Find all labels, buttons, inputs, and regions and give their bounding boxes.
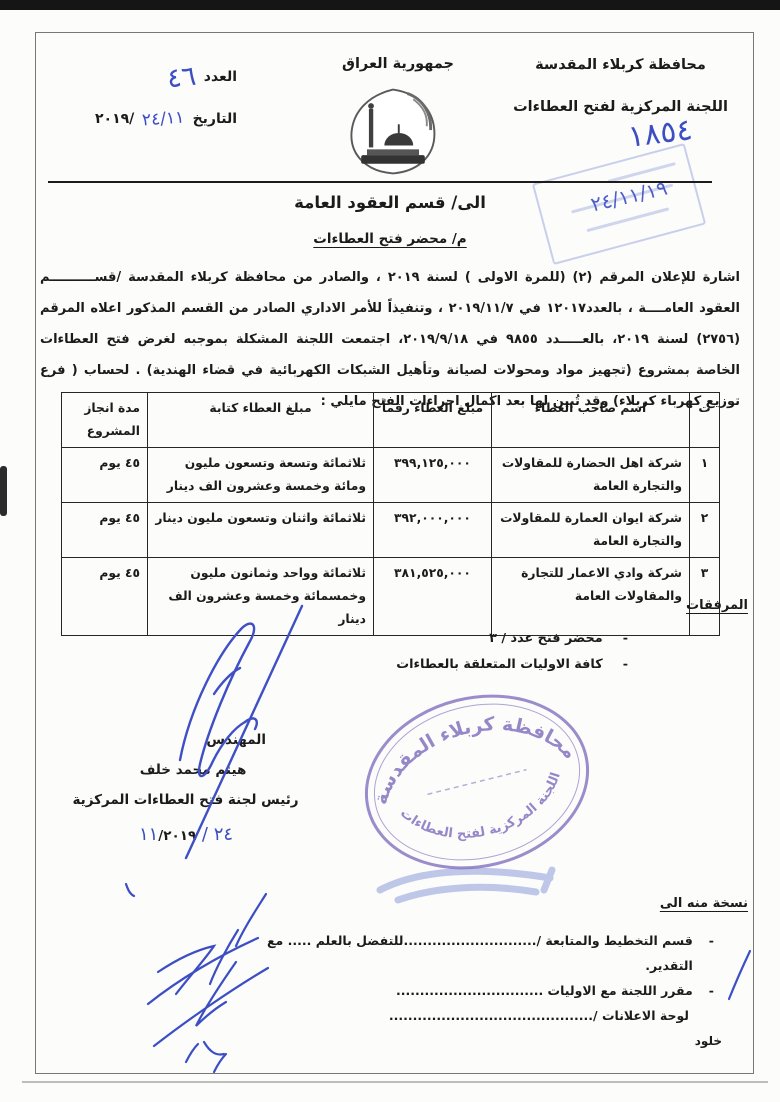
list-item: - مقرر اللجنة مع الاوليات ..............… [244, 978, 714, 1003]
handwritten-date-part: ٢٤/١١ [142, 108, 186, 131]
list-item: - قسم التخطيط والمتابعة /...............… [244, 928, 714, 978]
cell-owner: شركة وادي الاعمار للتجارة والمقاولات الع… [492, 558, 690, 636]
typist-name: خلود [695, 1034, 722, 1048]
list-item: - محضر فتح عدد / ٣ [396, 626, 628, 652]
cell-amount-figures: ٣٩٢,٠٠٠,٠٠٠ [374, 503, 492, 558]
date-row: التاريخ ٢٤/١١ /٢٠١٩ [52, 98, 237, 140]
list-dash: - [623, 626, 628, 652]
scan-smudge [0, 466, 7, 516]
table-row: ٣ شركة وادي الاعمار للتجارة والمقاولات ا… [62, 558, 720, 636]
cell-owner: شركة اهل الحضارة للمقاولات والتجارة العا… [492, 448, 690, 503]
org-committee: اللجنة المركزية لفتح العطاءات [513, 86, 728, 128]
list-item: - كافة الاوليات المتعلقة بالعطاءات [396, 652, 628, 678]
list-dash: - [709, 928, 714, 978]
list-dash-spacer [705, 1003, 714, 1028]
cell-duration: ٤٥ يوم [62, 558, 148, 636]
scanned-official-letter: محافظة كربلاء المقدسة اللجنة المركزية لف… [0, 0, 780, 1102]
cell-amount-words: ثلاثمائة وتسعة وتسعون مليون ومائة وخمسة … [148, 448, 374, 503]
signature-date: ٢٤ / ١١/٢٠١٩ [96, 824, 276, 845]
addressee-line: الى/ قسم العقود العامة [0, 193, 780, 212]
list-dash: - [709, 978, 714, 1003]
country-title: جمهورية العراق [318, 56, 478, 72]
cell-amount-figures: ٣٨١,٥٢٥,٠٠٠ [374, 558, 492, 636]
signatory-name: هيثم محمد خلف [118, 762, 268, 778]
list-dash: - [623, 652, 628, 678]
col-header-duration: مدة انجاز المشروع [62, 393, 148, 448]
org-name: محافظة كربلاء المقدسة [513, 44, 728, 86]
cell-owner: شركة ايوان العمارة للمقاولات والتجارة ال… [492, 503, 690, 558]
col-header-owner: اسم صاحب العطاء [492, 393, 690, 448]
header-divider [48, 181, 712, 183]
cell-amount-words: ثلاثمائة واثنان وتسعون مليون دينار [148, 503, 374, 558]
printed-date-year: /٢٠١٩ [95, 111, 134, 127]
handwritten-issue-number: ٤٦ [165, 60, 197, 94]
cell-no: ٣ [690, 558, 720, 636]
cell-amount-words: ثلاثمائة وواحد وثمانون مليون وخمسمائة وخ… [148, 558, 374, 636]
date-label: التاريخ [193, 111, 237, 127]
cell-no: ٢ [690, 503, 720, 558]
attachments-list: - محضر فتح عدد / ٣ - كافة الاوليات المتع… [396, 626, 628, 678]
issue-number-row: العدد ٤٦ [52, 56, 237, 98]
signatory-role: رئيس لجنة فتح العطاءات المركزية [58, 792, 313, 808]
cell-amount-figures: ٣٩٩,١٢٥,٠٠٠ [374, 448, 492, 503]
handwritten-check-mark [726, 948, 752, 1002]
issue-label: العدد [204, 69, 237, 85]
bids-table: ت اسم صاحب العطاء مبلغ العطاء رقماً مبلغ… [61, 392, 720, 636]
copy-to-list: - قسم التخطيط والمتابعة /...............… [244, 928, 714, 1028]
subject-line: م/ محضر فتح العطاءات [0, 231, 780, 247]
table-row: ١ شركة اهل الحضارة للمقاولات والتجارة ال… [62, 448, 720, 503]
col-header-amount-figures: مبلغ العطاء رقماً [374, 393, 492, 448]
cell-duration: ٤٥ يوم [62, 448, 148, 503]
issue-and-date-block: العدد ٤٦ التاريخ ٢٤/١١ /٢٠١٩ [52, 56, 237, 140]
signatory-title: المهندس [186, 732, 266, 748]
col-header-amount-words: مبلغ العطاء كتابة [148, 393, 374, 448]
scan-edge-bar [0, 0, 780, 10]
karbala-shrine-emblem-icon [340, 84, 446, 180]
scan-bottom-line [22, 1081, 768, 1083]
table-header-row: ت اسم صاحب العطاء مبلغ العطاء رقماً مبلغ… [62, 393, 720, 448]
printed-sig-year: /٢٠١٩ [158, 828, 196, 844]
cell-duration: ٤٥ يوم [62, 503, 148, 558]
copy-to-title: نسخة منه الى [660, 896, 748, 911]
list-item: لوحة الاعلانات /........................… [244, 1003, 714, 1028]
table-row: ٢ شركة ايوان العمارة للمقاولات والتجارة … [62, 503, 720, 558]
attachments-title: المرفقات [686, 598, 748, 613]
col-header-no: ت [690, 393, 720, 448]
cell-no: ١ [690, 448, 720, 503]
letterhead-org: محافظة كربلاء المقدسة اللجنة المركزية لف… [513, 44, 728, 128]
